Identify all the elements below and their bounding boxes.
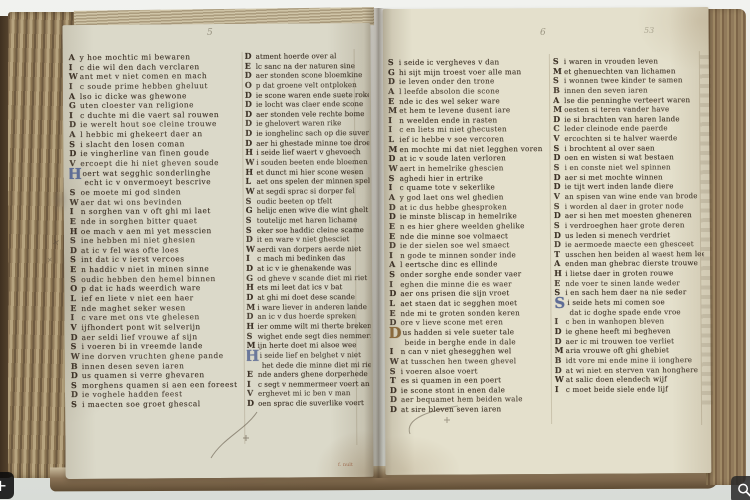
line-text: aer hi ghestade minne toe droech (256, 138, 371, 148)
magnifier-button[interactable] (731, 476, 750, 500)
line-text: c moet beide siele ende lijf (566, 384, 668, 394)
line-text: ie voghele hadden feest (82, 390, 183, 400)
line-text: en mochte mi dat niet legghen voren (399, 144, 542, 154)
line-text: ie scone stont in enen dale (401, 385, 505, 395)
line-text: i brochtent al over saen (564, 143, 654, 153)
line-text: i verdroeghen haer grote deren (565, 220, 685, 230)
text-column-right-a: Si seide ic vergheves v danGhi sijt mijn… (388, 57, 554, 415)
line-text: i worden al daer in groter node (565, 201, 684, 211)
line-text: ine dorven vruchten ghene pande (82, 351, 224, 361)
line-text: n gode te minnen sonder inde (400, 250, 516, 260)
line-text: y god laet ons wel ghedien (400, 192, 504, 202)
line-text: beide in berghe ende in dale (405, 337, 516, 347)
line-text: p dat ic hads weerdich ware (81, 283, 201, 293)
line-text: nde voer te sinen lande weder (565, 278, 680, 288)
line-text: l eertsche dinc es ellinde (400, 260, 498, 270)
line-text: i en conste niet wel spinnen (565, 162, 671, 172)
line-text: c segt v nemmermeer voert an (258, 379, 370, 389)
line-text: i wonnen twee kinder te samen (564, 75, 683, 85)
line-text: aer seldi lief vrouwe af sijn (82, 332, 198, 342)
margin-pen-trial: × (46, 256, 53, 265)
line-text: ie leven onder den trone (399, 77, 495, 87)
line-text: i seide hets mi comen soe (567, 297, 665, 307)
line-text: c mach mi bedinken das (257, 254, 345, 264)
line-text: aria vrouwe oft ghi ghebiet (566, 345, 669, 355)
line-text: oen en wisten si wat bestaen (564, 153, 674, 163)
line-text: aer ic mi trouwen toe verliet (566, 336, 675, 346)
line-text: i voeren alsoe voert (401, 366, 478, 375)
line-text: ant met v niet comen en mach (80, 71, 207, 81)
line-text: wighet ende segt dies nemmermee (258, 330, 372, 340)
line-capital: S (71, 400, 82, 410)
line-text: ets mi leet dat ics v bat (257, 283, 342, 293)
line-text: at ic v fel was ofte loes (81, 245, 179, 255)
line-text: l hebbic mi ghekeert daer an (80, 129, 202, 139)
line-text: ercochten si te halver waerde (564, 133, 677, 143)
line-text: l leefde absolon die scone (399, 86, 500, 96)
line-text: i en sach hem daer na nie seder (565, 288, 686, 298)
line-text: nde anders ghene dorperhede (258, 369, 368, 379)
line-text: i voeren bi in vreemde lande (82, 341, 203, 351)
line-text: et ghenuechten van lichamen (564, 66, 676, 76)
line-text: ie minste bliscap in hemelrike (400, 211, 517, 221)
line-text: helijc enen wive die wint ghelt (257, 205, 369, 215)
line-text: ief ic hebbe v soe vercoren (399, 134, 504, 144)
line-text: at tusschen hen tween ghevel (401, 356, 517, 366)
line-text: i lietse daer in groten rouwe (565, 268, 673, 278)
line-text: echt ic v onvermoeyt bescrive (84, 177, 211, 187)
line-text: aet ons spelen der minnen spel (256, 176, 370, 186)
line-text: atment hoerde over al (256, 51, 337, 61)
line-text: at ic v soude laten verloren (399, 154, 506, 164)
line-text: ine hebben mi niet ghesien (81, 235, 196, 245)
line-text: c die wil den dach verclaren (80, 62, 200, 72)
text-column-left-a: Ay hoe mochtic mi bewarenIc die wil den … (69, 52, 247, 410)
line-text: aer stonden scone bloemkine (256, 70, 363, 80)
line-text: lso ic dicke was ghewone (80, 91, 187, 101)
line-text: oudic beeten op tfelt (257, 196, 333, 206)
line-text: at ic dus hebbe ghesproken (400, 202, 507, 212)
verse-line: Ic moet beide siele ende lijf (555, 384, 705, 395)
line-text: c quame tote v sekerlike (400, 183, 495, 193)
line-text: at wi niet en sterven van honghere (566, 365, 698, 375)
line-text: nde maghet seker wesen (81, 303, 185, 313)
line-text: p dat groene velt ontploken (256, 80, 357, 90)
line-text: morghens quamen si aen een foreest (82, 380, 238, 390)
line-text: c soude prime hebben gheluut (80, 81, 208, 91)
line-text: aer dat wi ons bevinden (81, 197, 182, 207)
line-text: ie vingherline van finen goude (80, 148, 209, 158)
line-text: n es hier ghere weelden ghelike (400, 221, 525, 231)
line-text: aer stonden vele rechte bome (256, 109, 365, 119)
line-text: i slacht den losen coman (80, 139, 185, 149)
line-text: nde in sorghen bitter quaet (81, 216, 198, 226)
line-text: innen den seven iaren (564, 85, 648, 95)
line-text: ijn herte doet mi alsoe wee (258, 340, 357, 350)
line-text: at salic doen elendech wijf (566, 374, 667, 384)
line-text: at ghi mi doet dese scande (257, 292, 355, 302)
line-text: ie scone waren ende suete roken (256, 89, 371, 99)
line-text: het dede die minne diet mi riet (262, 359, 371, 369)
line-capital: I (555, 385, 566, 395)
line-text: ie ghelovert waren rike (256, 119, 341, 129)
line-text: it en ware v niet ghesciet (257, 234, 350, 244)
line-text: c en liets mi niet ghecusten (399, 125, 507, 135)
folio-number-left: 5 (207, 28, 213, 38)
line-text: onder sorghe ende sonder vaer (400, 269, 521, 279)
line-text: ief en liete v niet een haer (81, 293, 193, 303)
line-text: hi sijt mijn troest voer alle man (399, 67, 521, 77)
line-text: ie der sielen soe wel smaect (400, 240, 510, 250)
line-text: oen sprac die suverlike voert (258, 398, 364, 408)
line-text: aert in hemelrike ghescien (400, 163, 504, 173)
line-text: ore v lieve scone met eren (400, 318, 503, 328)
line-text: int dat ic v ierst vercoes (81, 255, 185, 265)
line-text: ijfhondert pont wit selverijn (81, 322, 200, 332)
line-text: n weelden ende in rasten (399, 115, 497, 125)
line-text: ercoept die hi niet gheven soude (80, 158, 219, 168)
line-text: at ic v ie ghenakende was (257, 263, 351, 273)
line-text: aghedi hier in ertrike (400, 173, 484, 183)
line-text: ie si brachten van haren lande (564, 114, 680, 124)
line-text: aer si hen met moesten gheneren (565, 210, 692, 220)
line-text: innen desen seven iaren (82, 361, 185, 371)
line-text: i seide lief waert v ghevoech (256, 147, 360, 157)
line-text: lc sanc na der naturen sine (256, 61, 355, 71)
line-text: idt vore mi ende mine ii ionghere (566, 355, 693, 365)
line-text: aer ons prisen die sijn vroet (400, 289, 509, 299)
line-text: n can v niet ghesegghen wel (401, 346, 512, 356)
pen-flourish-left (205, 408, 265, 466)
line-text: i souden beeten ende bloemen lesen (256, 157, 371, 167)
line-text: toutelijc met haren lichame (257, 215, 358, 225)
line-text: c vare met ons vte ghelesen (81, 312, 199, 322)
line-text: ie werelt hout soe cleine trouwe (80, 119, 217, 129)
plus-icon: + (0, 476, 7, 495)
line-text: us quamen si verre ghevaren (82, 370, 205, 380)
line-text: oesten si teren vander have (564, 104, 669, 114)
folio-number-corner: 53 (644, 26, 654, 35)
line-text: oert wat segghic sonderlinghe (82, 168, 211, 178)
line-text: oe moete mi god sinden (81, 187, 182, 197)
line-text: n haddic v niet in minen sinne (81, 264, 209, 274)
line-text: aerdi van dorpers aerde niet (257, 244, 361, 254)
line-text: ie locht was claer ende scone (256, 99, 363, 109)
line-text: oe mach v aen mi yet messcien (81, 226, 212, 236)
verse-line: Doen sprac die suverlike voert (247, 398, 371, 409)
line-text: aer si met mochte winnen (565, 172, 663, 182)
line-text: es si quamen in een poert (401, 375, 501, 385)
line-text: eghen die minne die es waer (400, 279, 512, 289)
margin-smudge (52, 186, 68, 214)
pen-flourish-right (394, 400, 466, 440)
line-text: ier omme wilt mi therte breken (257, 321, 371, 331)
line-text: c ben in wanhopen bleven (565, 317, 664, 327)
line-text: et hem te levene dusent iare (399, 105, 510, 115)
owner-inscription: f. nult (338, 462, 353, 468)
line-text: us leden si menech verdriet (565, 230, 670, 240)
line-text: dat ic doghe spade ende vroe (569, 307, 680, 317)
text-column-right-b: Si waren in vrouden levenMet ghenuechten… (553, 56, 705, 394)
line-text: erghevet mi ic ben v man (258, 389, 351, 399)
line-text: us hadden si vele sueter tale (403, 327, 515, 337)
line-text: at segdi sprac si dorper fel (257, 186, 355, 196)
line-text: od gheve v scande diet mi riet (257, 273, 367, 283)
magnifier-icon (737, 482, 750, 498)
line-text: enden man ghebrac dierste trouwe (565, 259, 698, 269)
line-text: aet staen dat ic segghen moet (400, 298, 517, 308)
line-text: an ic v dus hoerde spreken (257, 311, 355, 321)
zoom-in-button[interactable]: + (0, 472, 14, 499)
line-text: i seide ic vergheves v dan (399, 57, 500, 67)
line-text: nde die minne soe volmaect (400, 231, 508, 241)
line-text: i ware liever in anderen lande (257, 302, 367, 312)
line-text: et dunct mi hier scone wesen (256, 167, 363, 177)
manuscript-photo-viewer: Ay hoe mochtic mi bewarenIc die wil den … (0, 0, 750, 500)
text-column-left-b: Datment hoerde over alElc sanc na der na… (245, 51, 371, 409)
line-text: i maecten soe groet ghescal (82, 399, 201, 409)
line-text: i seide lief en belghet v niet (260, 350, 361, 360)
line-text: leder cleinode ende paerde (564, 124, 668, 134)
folio-number-right: 6 (540, 28, 546, 38)
line-text: ie ionghelinc sach op die suverlike (256, 128, 371, 138)
line-text: nde mi te groten sonden keren (400, 308, 520, 318)
line-text: uten cloester van religione (80, 100, 194, 110)
line-text: nde ic des wel seker ware (399, 96, 500, 106)
line-text: y hoe mochtic mi bewaren (80, 52, 191, 62)
line-text: an spisen van wine ende van brode (565, 191, 698, 201)
line-text: eker soe haddic cleine scame (257, 225, 364, 235)
line-text: ie tijt wert inden lande diere (565, 182, 674, 192)
line-text: lse die penninghe verteert waren (564, 95, 690, 105)
line-text: ie aermoede maecte een ghesceet (565, 239, 694, 249)
line-text: ie ghene heeft mi begheven (566, 326, 671, 336)
line-text: i waren in vrouden leven (564, 56, 658, 66)
line-text: n sorghen van v oft ghi mi laet (81, 206, 211, 216)
